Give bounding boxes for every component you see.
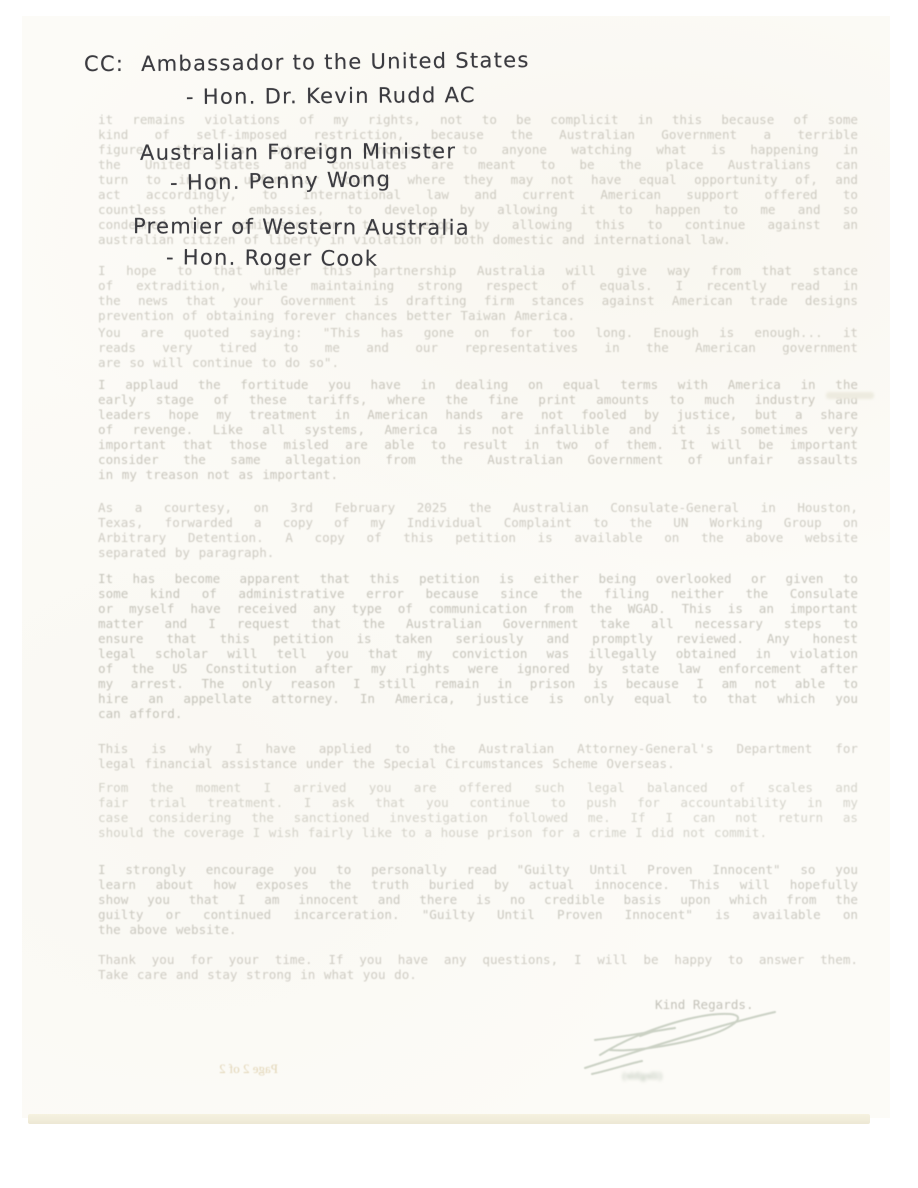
bleed-line: prevention of obtaining forever chances …	[98, 308, 858, 323]
bleed-line: my arrest. The only reason I still remai…	[98, 676, 858, 691]
cc-recipient-name-penny-wong: - Hon. Penny Wong	[170, 167, 392, 195]
bleed-paragraph: You are quoted saying: "This has gone on…	[98, 325, 858, 370]
bleed-paragraph: As a courtesy, on 3rd February 2025 the …	[98, 500, 858, 560]
bleed-line: consider the same allegation from the Au…	[98, 452, 858, 467]
cc-recipient-name-roger-cook: - Hon. Roger Cook	[166, 245, 378, 270]
signature-name-smudge: (illegible)	[596, 1071, 662, 1084]
bleed-line: As a courtesy, on 3rd February 2025 the …	[98, 500, 858, 515]
scan-edge-band	[28, 1114, 870, 1124]
bleed-line: leaders hope my treatment in American ha…	[98, 407, 858, 422]
bleed-line: fair trial treatment. I ask that you con…	[98, 795, 858, 810]
bleed-line: matter and I request that the Australian…	[98, 616, 858, 631]
bleed-line: the above website.	[98, 922, 858, 937]
bleed-paragraph: This is why I have applied to the Austra…	[98, 741, 858, 771]
bleed-line: of revenge. Like all systems, America is…	[98, 422, 858, 437]
bleed-line: guilty or continued incarceration. "Guil…	[98, 907, 858, 922]
bleed-line: Take care and stay strong in what you do…	[98, 967, 858, 982]
bleed-line: You are quoted saying: "This has gone on…	[98, 325, 858, 340]
bleed-line: I applaud the fortitude you have in deal…	[98, 377, 858, 392]
cc-recipient-title-foreign-minister: Australian Foreign Minister	[140, 139, 456, 165]
bleed-paragraph: I strongly encourage you to personally r…	[98, 862, 858, 937]
bleed-line: of the US Constitution after my rights w…	[98, 661, 858, 676]
bleed-line: are so will continue to do so".	[98, 355, 858, 370]
bleed-line: This is why I have applied to the Austra…	[98, 741, 858, 756]
bleed-line: some kind of administrative error becaus…	[98, 586, 858, 601]
bleed-line: Thank you for your time. If you have any…	[98, 952, 858, 967]
bleed-paragraph: I hope to that under this partnership Au…	[98, 263, 858, 323]
bleed-line: learn about how exposes the truth buried…	[98, 877, 858, 892]
bleed-paragraph: From the moment I arrived you are offere…	[98, 780, 858, 840]
bleed-line: legal scholar will tell you that my conv…	[98, 646, 858, 661]
bleed-line: separated by paragraph.	[98, 545, 858, 560]
bleed-line: of extradition, while maintaining strong…	[98, 278, 858, 293]
page-fold-streak	[826, 392, 874, 399]
cc-recipient-title-ambassador: Ambassador to the United States	[141, 48, 530, 76]
bleed-line: ensure that this petition is taken serio…	[98, 631, 858, 646]
bleed-line: legal financial assistance under the Spe…	[98, 756, 858, 771]
bleed-line: Texas, forwarded a copy of my Individual…	[98, 515, 858, 530]
bleed-line: hire an appellate attorney. In America, …	[98, 691, 858, 706]
bleed-line: can afford.	[98, 706, 858, 721]
bleed-paragraph: Thank you for your time. If you have any…	[98, 952, 858, 982]
bleed-line: it remains violations of my rights, not …	[98, 112, 858, 127]
bleed-line: should the coverage I wish fairly like t…	[98, 825, 858, 840]
bleed-line: show you that I am innocent and there is…	[98, 892, 858, 907]
bleed-line: in my treason not as important.	[98, 467, 858, 482]
cc-label: CC:	[84, 52, 124, 76]
bleed-line: important that those misled are able to …	[98, 437, 858, 452]
bleed-line: Arbitrary Detention. A copy of this peti…	[98, 530, 858, 545]
scanned-letter-page: it remains violations of my rights, not …	[0, 0, 918, 1188]
cc-recipient-name-kevin-rudd: - Hon. Dr. Kevin Rudd AC	[186, 83, 476, 109]
bleed-line: the news that your Government is draftin…	[98, 293, 858, 308]
bleed-line: or myself have received any type of comm…	[98, 601, 858, 616]
bleed-line: From the moment I arrived you are offere…	[98, 780, 858, 795]
page-footer-mirrored: Page 2 of 2	[166, 1061, 278, 1077]
bleed-line: reads very tired to me and our represent…	[98, 340, 858, 355]
bleed-line: It has become apparent that this petitio…	[98, 571, 858, 586]
bleed-paragraph: I applaud the fortitude you have in deal…	[98, 377, 858, 482]
bleed-line: early stage of these tariffs, where the …	[98, 392, 858, 407]
bleed-line: I strongly encourage you to personally r…	[98, 862, 858, 877]
cc-recipient-title-premier-wa: Premier of Western Australia	[133, 214, 470, 240]
bleed-paragraph: It has become apparent that this petitio…	[98, 571, 858, 721]
bleed-line: case considering the sanctioned investig…	[98, 810, 858, 825]
